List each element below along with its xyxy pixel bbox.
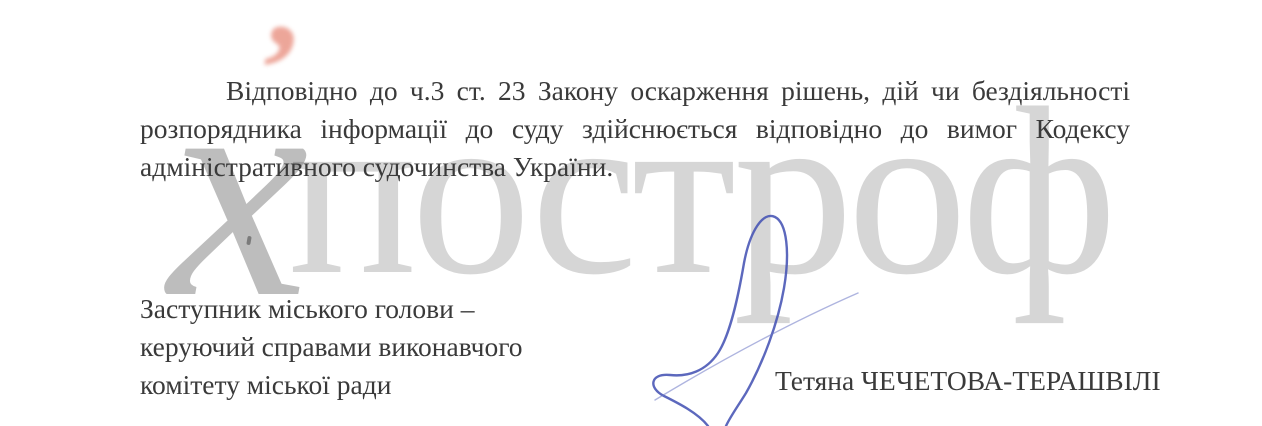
paragraph-line-3: адміністративного судочинства України.: [140, 148, 1130, 186]
legal-paragraph: Відповідно до ч.3 ст. 23 Закону оскаржен…: [140, 72, 1130, 186]
document-page: х’построф Відповідно до ч.3 ст. 23 Закон…: [0, 0, 1262, 426]
paragraph-line-1: Відповідно до ч.3 ст. 23 Закону оскаржен…: [140, 72, 1130, 110]
handwritten-signature: [598, 203, 888, 426]
position-line-2: керуючий справами виконавчого: [140, 328, 523, 366]
signature-ink-icon: [598, 203, 888, 426]
signatory-position: Заступник міського голови – керуючий спр…: [140, 290, 523, 404]
position-line-3: комітету міської ради: [140, 366, 523, 404]
position-line-1: Заступник міського голови –: [140, 290, 523, 328]
paragraph-line-2: розпорядника інформації до суду здійснює…: [140, 110, 1130, 148]
